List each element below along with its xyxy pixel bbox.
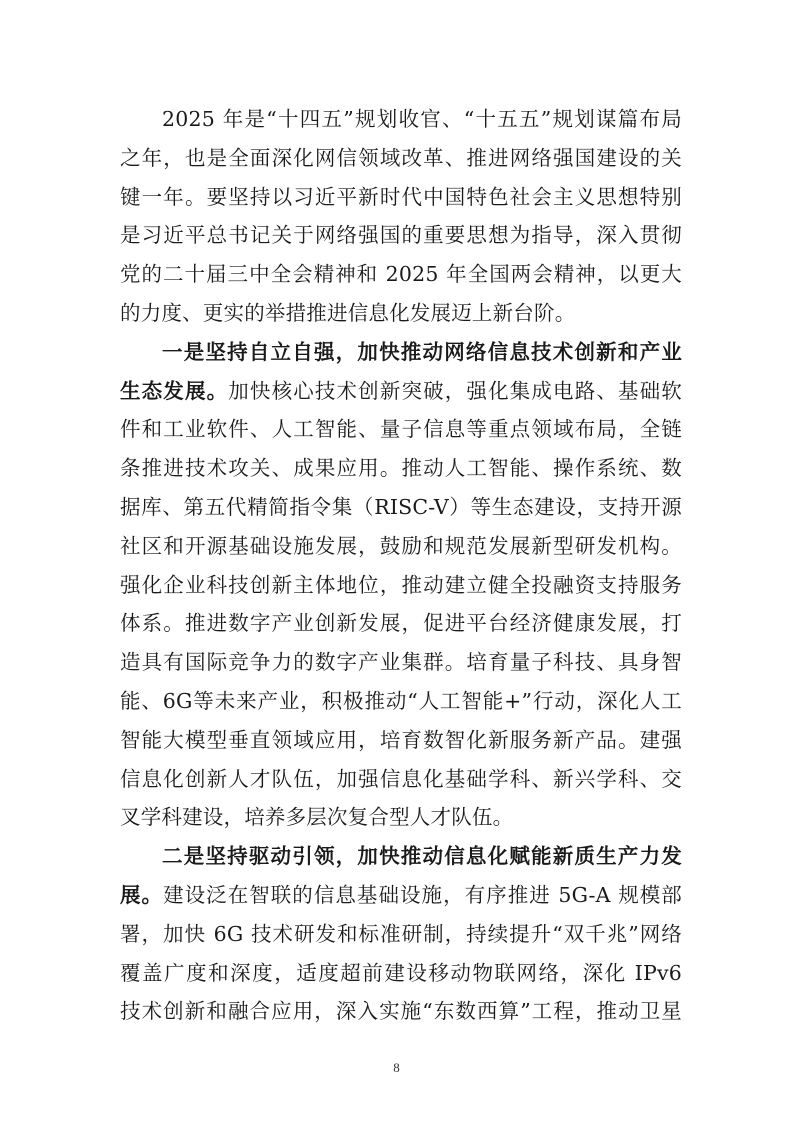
text-line: 2025 年是“十四五”规划收官、“十五五”规划谋篇布局 xyxy=(120,100,682,139)
text-line: 技术创新和融合应用，深入实施“东数西算”工程，推动卫星 xyxy=(120,992,682,1031)
text-line: 的力度、更实的举措推进信息化发展迈上新台阶。 xyxy=(120,294,682,333)
line-text: 造具有国际竞争力的数字产业集群。培育量子科技、具身智 xyxy=(120,650,682,674)
line-text: 加快核心技术创新突破，强化集成电路、基础软 xyxy=(228,379,682,403)
text-line: 智能大模型垂直领域应用，培育数智化新服务新产品。建强 xyxy=(120,721,682,760)
text-line: 署，加快 6G 技术研发和标准研制，持续提升“双千兆”网络 xyxy=(120,915,682,954)
text-line: 展。建设泛在智联的信息基础设施，有序推进 5G-A 规模部 xyxy=(120,876,682,915)
text-line: 键一年。要坚持以习近平新时代中国特色社会主义思想特别 xyxy=(120,178,682,217)
line-text: 件和工业软件、人工智能、量子信息等重点领域布局，全链 xyxy=(120,417,682,441)
line-text: 能、6G等未来产业，积极推动“人工智能+”行动，深化人工 xyxy=(120,689,682,713)
text-line: 是习近平总书记关于网络强国的重要思想为指导，深入贯彻 xyxy=(120,216,682,255)
text-line: 能、6G等未来产业，积极推动“人工智能+”行动，深化人工 xyxy=(120,682,682,721)
line-text: 之年，也是全面深化网信领域改革、推进网络强国建设的关 xyxy=(120,146,682,170)
text-line: 强化企业科技创新主体地位，推动建立健全投融资支持服务 xyxy=(120,566,682,605)
line-text: 社区和开源基础设施发展，鼓励和规范发展新型研发机构。 xyxy=(120,534,682,558)
text-line: 信息化创新人才队伍，加强信息化基础学科、新兴学科、交 xyxy=(120,760,682,799)
text-line: 件和工业软件、人工智能、量子信息等重点领域布局，全链 xyxy=(120,410,682,449)
body-text: 2025 年是“十四五”规划收官、“十五五”规划谋篇布局 之年，也是全面深化网信… xyxy=(120,100,682,1031)
text-line: 条推进技术攻关、成果应用。推动人工智能、操作系统、数 xyxy=(120,449,682,488)
line-text: 2025 年是“十四五”规划收官、“十五五”规划谋篇布局 xyxy=(162,107,682,131)
line-text: 叉学科建设，培养多层次复合型人才队伍。 xyxy=(120,805,513,829)
text-line: 叉学科建设，培养多层次复合型人才队伍。 xyxy=(120,798,682,837)
line-text: 的力度、更实的举措推进信息化发展迈上新台阶。 xyxy=(120,301,575,325)
heading-text: 展。 xyxy=(120,883,163,907)
line-text: 党的二十届三中全会精神和 2025 年全国两会精神，以更大 xyxy=(120,262,682,286)
line-text: 键一年。要坚持以习近平新时代中国特色社会主义思想特别 xyxy=(120,185,682,209)
text-line: 一是坚持自立自强，加快推动网络信息技术创新和产业 xyxy=(120,333,682,372)
page-number: 8 xyxy=(0,1060,793,1076)
line-text: 覆盖广度和深度，适度超前建设移动物联网络，深化 IPv6 xyxy=(120,961,682,985)
line-text: 强化企业科技创新主体地位，推动建立健全投融资支持服务 xyxy=(120,573,682,597)
line-text: 智能大模型垂直领域应用，培育数智化新服务新产品。建强 xyxy=(120,728,682,752)
line-text: 条推进技术攻关、成果应用。推动人工智能、操作系统、数 xyxy=(120,456,682,480)
heading-text: 二是坚持驱动引领，加快推动信息化赋能新质生产力发 xyxy=(162,844,682,868)
text-line: 之年，也是全面深化网信领域改革、推进网络强国建设的关 xyxy=(120,139,682,178)
line-text: 建设泛在智联的信息基础设施，有序推进 5G-A 规模部 xyxy=(163,883,682,907)
text-line: 二是坚持驱动引领，加快推动信息化赋能新质生产力发 xyxy=(120,837,682,876)
heading-text: 生态发展。 xyxy=(120,379,228,403)
document-page: 2025 年是“十四五”规划收官、“十五五”规划谋篇布局 之年，也是全面深化网信… xyxy=(0,0,793,1122)
line-text: 信息化创新人才队伍，加强信息化基础学科、新兴学科、交 xyxy=(120,767,682,791)
line-text: 技术创新和融合应用，深入实施“东数西算”工程，推动卫星 xyxy=(120,999,682,1023)
line-text: 据库、第五代精简指令集（RISC-V）等生态建设，支持开源 xyxy=(120,495,682,519)
text-line: 据库、第五代精简指令集（RISC-V）等生态建设，支持开源 xyxy=(120,488,682,527)
text-line: 覆盖广度和深度，适度超前建设移动物联网络，深化 IPv6 xyxy=(120,954,682,993)
text-line: 造具有国际竞争力的数字产业集群。培育量子科技、具身智 xyxy=(120,643,682,682)
heading-text: 一是坚持自立自强，加快推动网络信息技术创新和产业 xyxy=(162,340,682,364)
text-line: 生态发展。加快核心技术创新突破，强化集成电路、基础软 xyxy=(120,372,682,411)
text-line: 社区和开源基础设施发展，鼓励和规范发展新型研发机构。 xyxy=(120,527,682,566)
text-line: 党的二十届三中全会精神和 2025 年全国两会精神，以更大 xyxy=(120,255,682,294)
text-line: 体系。推进数字产业创新发展，促进平台经济健康发展，打 xyxy=(120,604,682,643)
line-text: 体系。推进数字产业创新发展，促进平台经济健康发展，打 xyxy=(120,611,682,635)
line-text: 署，加快 6G 技术研发和标准研制，持续提升“双千兆”网络 xyxy=(120,922,682,946)
line-text: 是习近平总书记关于网络强国的重要思想为指导，深入贯彻 xyxy=(120,223,682,247)
